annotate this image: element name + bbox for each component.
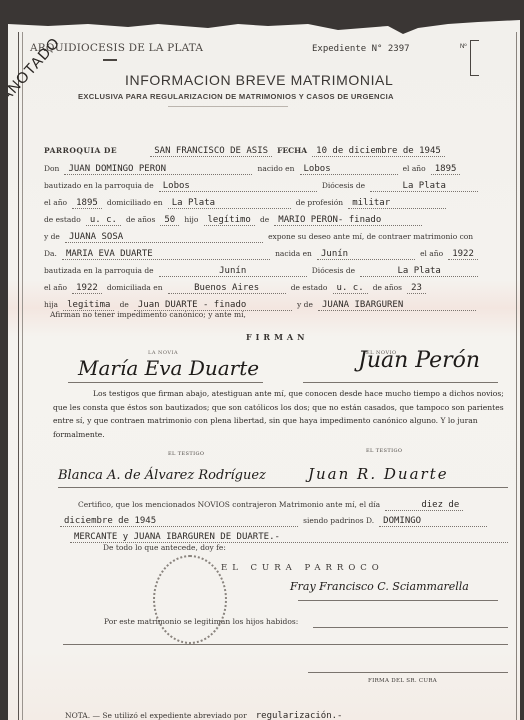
bride-signature: María Eva Duarte	[78, 356, 259, 380]
bride-signature-line	[68, 382, 263, 383]
witness-2-signature: Juan R. Duarte	[308, 465, 449, 483]
expediente-value: 2397	[388, 44, 410, 54]
corner-mark: Nº	[460, 44, 467, 50]
groom-born-label: nacido en	[258, 164, 295, 173]
parish-seal	[153, 555, 227, 644]
bride-prefix: Da.	[44, 249, 57, 258]
witness-2-label: EL TESTIGO	[366, 448, 402, 454]
children-label: Por este matrimonio se legitiman los hij…	[104, 617, 298, 626]
witness-paragraph: Los testigos que firman abajo, atestigua…	[53, 387, 508, 441]
torn-edge	[8, 10, 520, 34]
bride-age-label: de años	[373, 283, 402, 292]
priest-signature-label: FIRMA DEL SR. CURA	[368, 678, 437, 684]
signatures-heading: FIRMAN	[246, 332, 308, 342]
groom-age-label: de años	[126, 215, 155, 224]
groom-baptized-label: bautizado en la parroquia de	[44, 181, 154, 190]
certification-row-3: MERCANTE y JUANA IBARGUREN DE DUARTE.-	[70, 524, 508, 543]
groom-domicile-label: domiciliado en	[107, 198, 163, 207]
groom-diocese-label: Diócesis de	[322, 181, 365, 190]
priest-heading: EL CURA PARROCO	[221, 563, 384, 573]
bride-baptism-year-label: el año	[44, 283, 67, 292]
bride-status-label: de estado	[291, 283, 328, 292]
note-row: NOTA. — Se utilizó el expediente abrevia…	[65, 703, 470, 720]
heading-rule	[103, 59, 117, 61]
document-title: INFORMACION BREVE MATRIMONIAL	[125, 72, 393, 88]
priest-footer-signature-line	[308, 672, 508, 673]
groom-wish-text: expone su deseo ante mí, de contraer mat…	[268, 232, 473, 241]
bride-year-label: el año	[420, 249, 443, 258]
note-value: regularización.-	[252, 711, 470, 720]
groom-year-label: el año	[403, 164, 426, 173]
corner-bracket	[470, 40, 479, 76]
expediente-label: Expediente N°	[312, 44, 382, 54]
groom-profession-label: de profesión	[296, 198, 343, 207]
parish-row: PARROQUIA DE SAN FRANCISCO DE ASIS FECHA…	[44, 138, 445, 157]
page-border-right	[516, 32, 517, 720]
groom-prefix: Don	[44, 164, 59, 173]
groom-signature-line	[303, 382, 498, 383]
page-border-left	[18, 32, 19, 720]
subtitle-rule	[168, 106, 288, 107]
godparents-value-2: MERCANTE y JUANA IBARGUREN DE DUARTE.-	[70, 532, 508, 543]
bride-born-label: nacida en	[275, 249, 312, 258]
bride-mother-label: y de	[297, 300, 313, 309]
bride-father-label: de	[120, 300, 129, 309]
priest-signature-line	[298, 600, 498, 601]
children-line-1	[313, 627, 508, 628]
groom-status-label: de estado	[44, 215, 81, 224]
groom-father-label: de	[260, 215, 269, 224]
affirmation-text: Afirman no tener impedimento canónico; y…	[50, 310, 246, 319]
bride-baptized-label: bautizada en la parroquia de	[44, 266, 154, 275]
groom-mother-label: y de	[44, 232, 60, 241]
witness-1-label: EL TESTIGO	[168, 451, 204, 457]
priest-signature: Fray Francisco C. Sciammarella	[290, 580, 469, 593]
note-label: NOTA. — Se utilizó el expediente abrevia…	[65, 711, 247, 720]
witness-1-signature: Blanca A. de Álvarez Rodríguez	[58, 468, 266, 483]
groom-signature: Juan Perón	[358, 348, 480, 373]
groom-son-label: hijo	[184, 215, 198, 224]
bride-mother: JUANA IBARGUREN	[318, 300, 476, 311]
groom-baptism-year-label: el año	[44, 198, 67, 207]
bride-row-4: hija legitima de Juan DUARTE - finado y …	[44, 292, 476, 311]
parish-label: PARROQUIA DE	[44, 146, 117, 155]
document-page: ARQUIDIOCESIS DE LA PLATA Expediente N° …	[8, 10, 520, 720]
page-border-left-inner	[22, 32, 23, 720]
bride-daughter-label: hija	[44, 300, 58, 309]
date-label: FECHA	[277, 146, 307, 155]
bride-diocese-label: Diócesis de	[312, 266, 355, 275]
children-line-2	[63, 644, 508, 645]
faith-text: De todo lo que antecede, doy fe:	[103, 543, 226, 552]
witness-signature-line	[58, 487, 508, 488]
expediente-number: Expediente N° 2397	[312, 44, 410, 54]
document-subtitle: EXCLUSIVA PARA REGULARIZACION DE MATRIMO…	[78, 92, 394, 101]
bride-domicile-label: domiciliada en	[107, 283, 163, 292]
